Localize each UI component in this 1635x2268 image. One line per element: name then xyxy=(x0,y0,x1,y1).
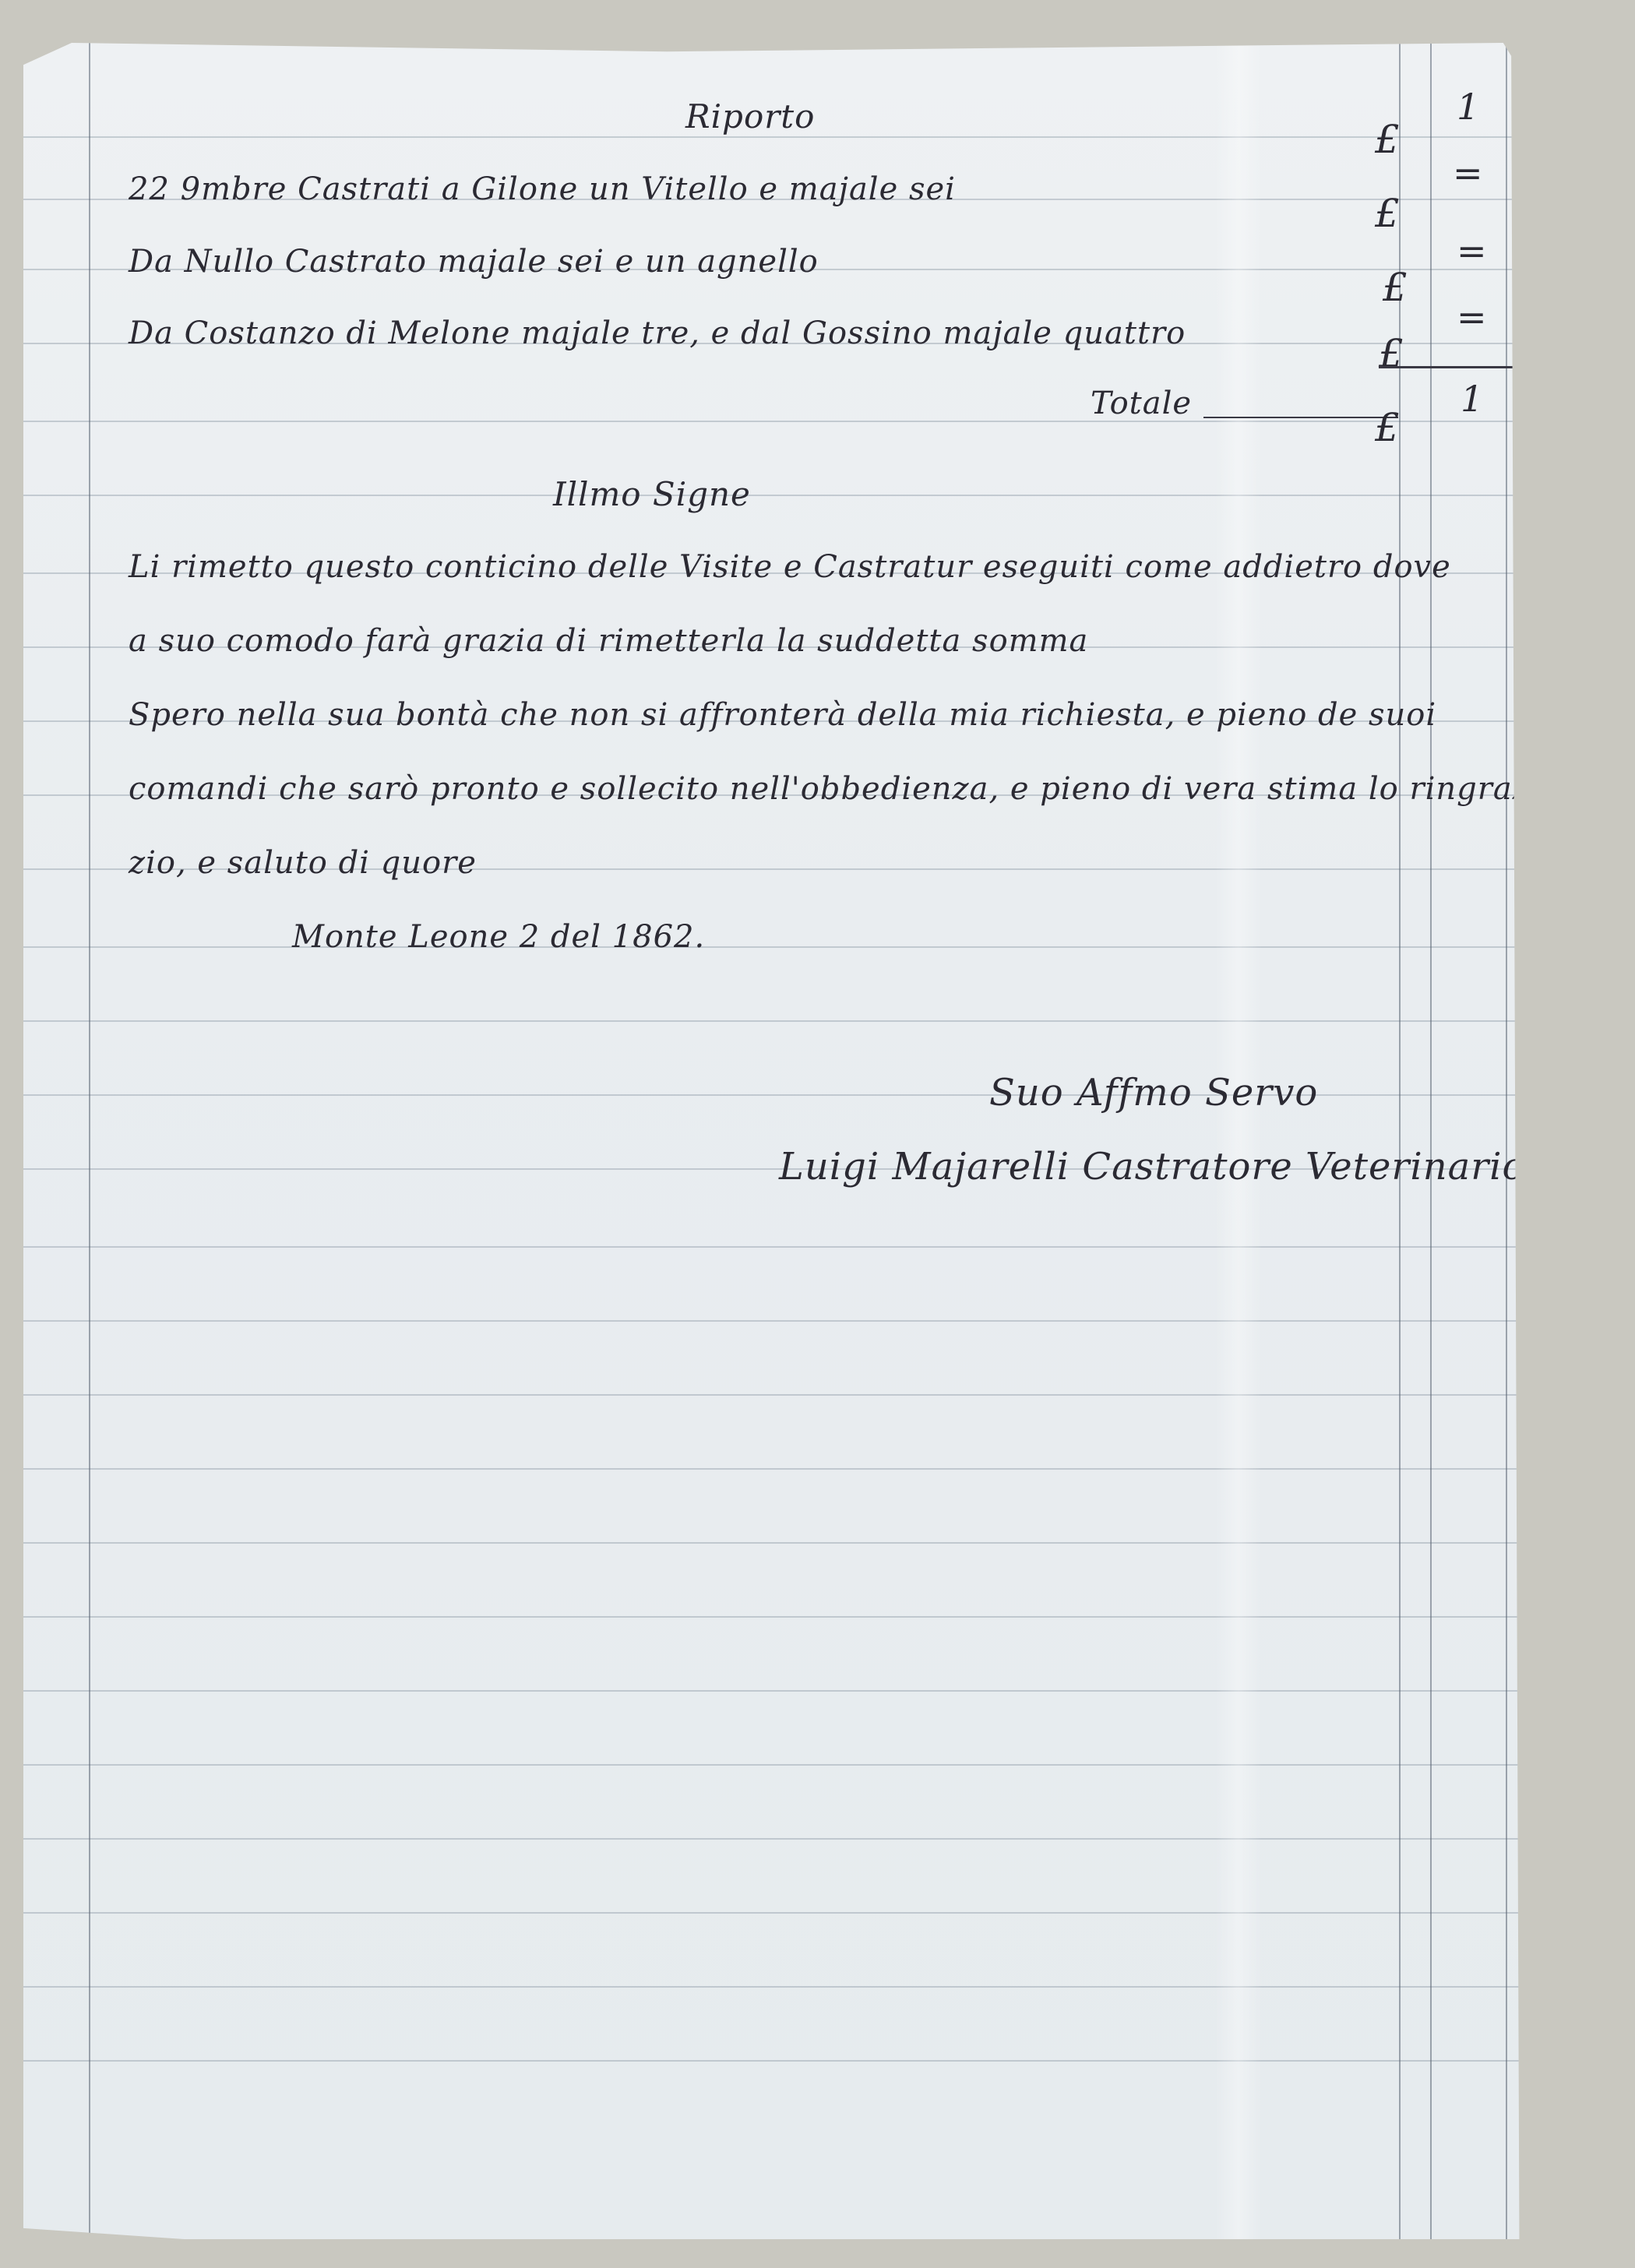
ruled-line xyxy=(23,946,1632,948)
ruled-line xyxy=(23,1764,1632,1766)
date-line: Monte Leone 2 del 1862. xyxy=(292,919,705,955)
ledger-entry-units: = xyxy=(1457,296,1488,338)
ledger-entry-text: Da Nullo Castrato majale sei e un agnell… xyxy=(129,244,819,280)
total-leader-line xyxy=(1203,417,1398,418)
ruled-line xyxy=(23,1020,1632,1022)
ruled-line xyxy=(23,1394,1632,1396)
letter-body-line: Li rimetto questo conticino delle Visite… xyxy=(129,549,1451,585)
ruled-line xyxy=(23,1094,1632,1096)
ruled-line xyxy=(23,1912,1632,1914)
total-cents: 59 xyxy=(1527,382,1574,424)
ledger-entry-cents: 07. xyxy=(1527,300,1586,342)
ruled-line xyxy=(23,1542,1632,1544)
ruled-line xyxy=(23,1468,1632,1470)
total-label: Totale xyxy=(1091,386,1192,421)
ledger-entry-cents: 07 xyxy=(1531,234,1578,276)
ruled-line xyxy=(23,1616,1632,1618)
ledger-entry-text: Da Costanzo di Melone majale tre, e dal … xyxy=(129,315,1186,351)
ruled-line xyxy=(23,1838,1632,1840)
units-column-line xyxy=(1430,43,1432,2239)
ledger-paper: Riporto £ 1 29. 22 9mbre Castrati a Gilo… xyxy=(23,43,1632,2239)
ruled-line xyxy=(23,1986,1632,1988)
salutation: Illmo Signe xyxy=(553,475,751,513)
currency-symbol: £ xyxy=(1375,117,1401,162)
carried-forward-cents: 29. xyxy=(1523,86,1582,128)
letter-body-line: comandi che sarò pronto e sollecito nell… xyxy=(129,771,1541,807)
cents-column-line xyxy=(1506,43,1507,2239)
ledger-entry-cents: 16 xyxy=(1527,156,1574,198)
currency-symbol: £ xyxy=(1375,405,1401,450)
total-units: 1 xyxy=(1461,378,1484,420)
ruled-line xyxy=(23,1246,1632,1248)
paper-fold xyxy=(1215,43,1262,2239)
carried-forward-units: 1 xyxy=(1457,86,1480,128)
signature: Luigi Majarelli Castratore Veterinario xyxy=(779,1145,1525,1189)
carried-forward-label: Riporto xyxy=(685,97,815,136)
left-margin-line xyxy=(89,43,90,2239)
letter-body-line: Spero nella sua bontà che non si affront… xyxy=(129,697,1436,733)
total-rule xyxy=(1379,366,1616,368)
letter-body-line: a suo comodo farà grazia di rimetterla l… xyxy=(129,623,1088,659)
currency-symbol: £ xyxy=(1383,265,1408,310)
currency-symbol: £ xyxy=(1375,191,1401,236)
ruled-line xyxy=(23,1690,1632,1692)
currency-symbol: £ xyxy=(1379,331,1404,376)
ledger-entry-units: = xyxy=(1457,230,1488,272)
ruled-line xyxy=(23,1320,1632,1322)
ruled-line xyxy=(23,2060,1632,2062)
letter-body-line: zio, e saluto di quore xyxy=(129,845,477,881)
closing: Suo Affmo Servo xyxy=(989,1071,1318,1115)
ledger-entry-units: = xyxy=(1453,152,1484,194)
ledger-entry-text: 22 9mbre Castrati a Gilone un Vitello e … xyxy=(129,171,956,207)
ruled-line xyxy=(23,495,1632,496)
